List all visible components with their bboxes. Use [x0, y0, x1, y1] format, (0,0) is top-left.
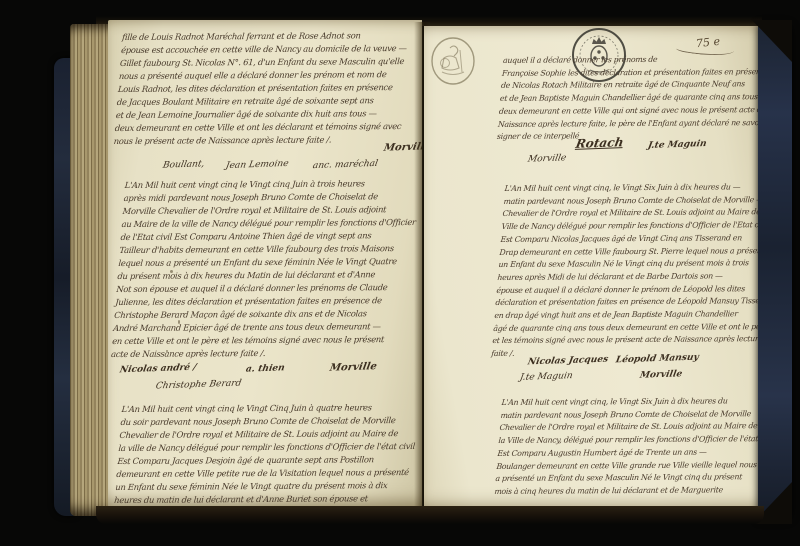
ink-speck	[178, 320, 180, 324]
signature-boullant: Boullant,	[162, 159, 205, 170]
signature-christophe-berard: Christophe Berard	[155, 379, 242, 392]
signature-maguin-2: J.te Maguin	[519, 371, 574, 383]
signature-morville-4: Morville	[639, 369, 683, 380]
ink-speck	[170, 270, 173, 273]
embossed-minerva-stamp-icon	[430, 36, 476, 90]
signature-morville-2: Morville	[329, 361, 378, 374]
right-act-birth-humbert: L'An Mil huit cent vingt cinq, le Vingt …	[494, 395, 762, 499]
left-act-birth-thien: L'An Mil huit cent vingt cinq le Vingt c…	[111, 177, 420, 361]
right-page: 75 e auquel il a déclaré donner les prén…	[424, 26, 762, 512]
signature-nicolas-andre: Nicolas andré /	[119, 363, 197, 376]
signature-leopold-mansuy: Léopold Mansuy	[615, 353, 700, 366]
right-act-continuation: auquel il a déclaré donner les prénoms d…	[496, 53, 762, 144]
scanned-register-photo: fille de Louis Radnot Maréchal ferrant e…	[0, 0, 800, 546]
signature-anc-marechal: anc. maréchal	[312, 159, 379, 171]
left-act-birth-desjoin: L'An Mil huit cent vingt cinq le Vingt C…	[114, 401, 419, 507]
signature-morville-3: Morville	[527, 153, 567, 164]
signature-rotach: Rotach	[575, 135, 625, 151]
leather-corner-top-icon	[752, 20, 792, 62]
book-cover-right-edge	[758, 24, 792, 520]
signature-maguin-1: J.te Maguin	[647, 139, 707, 151]
left-act-continuation: fille de Louis Radnot Maréchal ferrant e…	[113, 29, 409, 148]
left-page: fille de Louis Radnot Maréchal ferrant e…	[108, 20, 422, 508]
signature-a-thien: a. thien	[245, 363, 286, 374]
book-bottom-edge	[96, 506, 764, 524]
right-act-birth-jacques: L'An Mil huit cent vingt cinq, le Vingt …	[491, 181, 762, 361]
ink-speck	[166, 350, 168, 352]
signature-nicolas-jacques: Nicolas Jacques	[527, 355, 609, 368]
signature-jean-lemoine: Jean Lemoine	[225, 159, 289, 171]
